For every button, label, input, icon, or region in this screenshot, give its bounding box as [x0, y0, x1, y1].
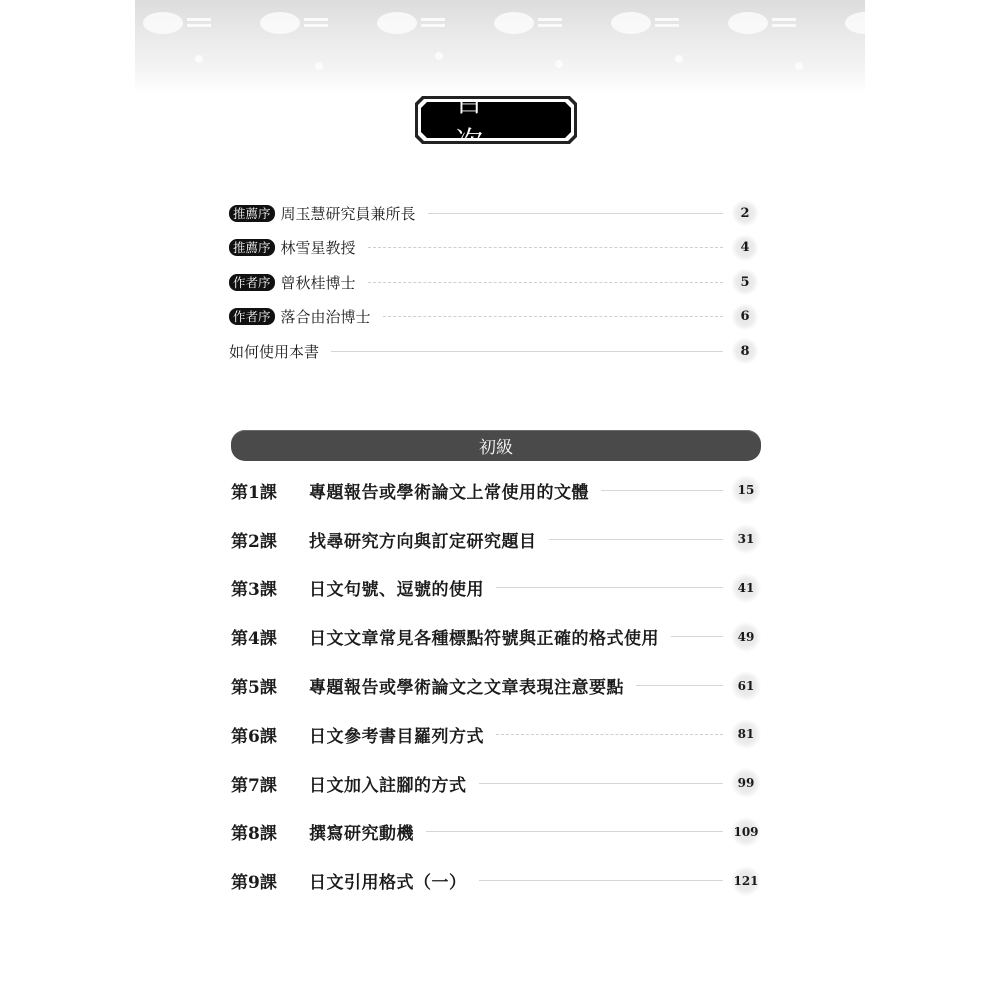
- front-matter-list: 推薦序 周玉慧研究員兼所長 2 推薦序 林雪星教授 4 作者序 曾秋桂博士 5 …: [229, 196, 759, 369]
- entry-label: 如何使用本書: [229, 341, 319, 362]
- entry-label: 林雪星教授: [281, 237, 356, 258]
- leader-line: [671, 636, 723, 637]
- page-number: 61: [731, 671, 761, 701]
- lesson-entry[interactable]: 第1課 專題報告或學術論文上常使用的文體 15: [231, 466, 761, 515]
- lesson-number: 第4課: [231, 624, 309, 649]
- leader-line: [601, 490, 723, 491]
- entry-tag-badge: 推薦序: [229, 205, 275, 222]
- toc-entry[interactable]: 推薦序 周玉慧研究員兼所長 2: [229, 196, 759, 231]
- decorative-speck: [435, 52, 443, 60]
- lesson-entry[interactable]: 第9課 日文引用格式（一） 121: [231, 856, 761, 905]
- leader-line: [549, 539, 724, 540]
- leader-line: [479, 880, 724, 881]
- lesson-list: 第1課 專題報告或學術論文上常使用的文體 15 第2課 找尋研究方向與訂定研究題…: [231, 466, 761, 905]
- leader-line: [428, 213, 723, 214]
- decorative-speck: [195, 55, 203, 63]
- lesson-number: 第1課: [231, 478, 309, 503]
- page-number: 99: [731, 768, 761, 798]
- page-number: 121: [731, 866, 761, 896]
- lesson-title: 日文參考書目羅列方式: [309, 722, 484, 747]
- lesson-title: 專題報告或學術論文上常使用的文體: [309, 478, 589, 503]
- lesson-title: 日文文章常見各種標點符號與正確的格式使用: [309, 624, 659, 649]
- lesson-entry[interactable]: 第5課 專題報告或學術論文之文章表現注意要點 61: [231, 661, 761, 710]
- page-number: 5: [731, 269, 759, 295]
- leader-line: [426, 831, 723, 832]
- decorative-motif-icon: [611, 12, 651, 34]
- lesson-title: 日文句號、逗號的使用: [309, 575, 484, 600]
- decorative-motif-icon: [728, 12, 768, 34]
- toc-page: 目次 推薦序 周玉慧研究員兼所長 2 推薦序 林雪星教授 4 作者序 曾秋桂博士…: [135, 0, 865, 1000]
- page-number: 15: [731, 475, 761, 505]
- leader-line: [331, 351, 723, 352]
- lesson-entry[interactable]: 第4課 日文文章常見各種標點符號與正確的格式使用 49: [231, 612, 761, 661]
- lesson-title: 專題報告或學術論文之文章表現注意要點: [309, 673, 624, 698]
- lesson-number: 第5課: [231, 673, 309, 698]
- decorative-motif-icon: [143, 12, 183, 34]
- decorative-speck: [555, 60, 563, 68]
- lesson-entry[interactable]: 第2課 找尋研究方向與訂定研究題目 31: [231, 515, 761, 564]
- lesson-number: 第3課: [231, 575, 309, 600]
- leader-line: [368, 282, 723, 283]
- lesson-number: 第8課: [231, 819, 309, 844]
- page-number: 81: [731, 719, 761, 749]
- lesson-title: 找尋研究方向與訂定研究題目: [309, 527, 537, 552]
- section-header-bar: 初級: [231, 430, 761, 461]
- toc-entry[interactable]: 推薦序 林雪星教授 4: [229, 231, 759, 266]
- lesson-number: 第7課: [231, 771, 309, 796]
- lesson-title: 日文引用格式（一）: [309, 868, 467, 893]
- decorative-speck: [795, 62, 803, 70]
- decorative-speck: [315, 62, 323, 70]
- leader-line: [636, 685, 723, 686]
- page-title-box: 目次: [415, 96, 577, 144]
- entry-tag-badge: 作者序: [229, 274, 275, 291]
- decorative-motif-icon: [260, 12, 300, 34]
- page-number: 6: [731, 304, 759, 330]
- leader-line: [383, 316, 723, 317]
- leader-line: [496, 734, 723, 735]
- lesson-title: 日文加入註腳的方式: [309, 771, 467, 796]
- page-number: 2: [731, 200, 759, 226]
- decorative-speck: [675, 55, 683, 63]
- toc-entry[interactable]: 作者序 曾秋桂博士 5: [229, 265, 759, 300]
- leader-line: [496, 587, 723, 588]
- page-number: 8: [731, 338, 759, 364]
- toc-entry[interactable]: 作者序 落合由治博士 6: [229, 300, 759, 335]
- entry-label: 落合由治博士: [281, 306, 371, 327]
- decorative-header-band: [135, 0, 865, 95]
- entry-tag-badge: 作者序: [229, 308, 275, 325]
- decorative-motif-icon: [377, 12, 417, 34]
- lesson-number: 第9課: [231, 868, 309, 893]
- section-title: 初級: [479, 433, 513, 458]
- lesson-entry[interactable]: 第7課 日文加入註腳的方式 99: [231, 759, 761, 808]
- entry-tag-badge: 推薦序: [229, 239, 275, 256]
- decorative-motif-icon: [845, 12, 865, 34]
- page-number: 41: [731, 573, 761, 603]
- page-number: 109: [731, 817, 761, 847]
- lesson-entry[interactable]: 第3課 日文句號、逗號的使用 41: [231, 564, 761, 613]
- page-number: 49: [731, 622, 761, 652]
- entry-label: 曾秋桂博士: [281, 272, 356, 293]
- page-title: 目次: [421, 102, 571, 138]
- page-number: 4: [731, 235, 759, 261]
- lesson-entry[interactable]: 第6課 日文參考書目羅列方式 81: [231, 710, 761, 759]
- leader-line: [368, 247, 723, 248]
- decorative-motif-icon: [494, 12, 534, 34]
- page-number: 31: [731, 524, 761, 554]
- lesson-entry[interactable]: 第8課 撰寫研究動機 109: [231, 808, 761, 857]
- entry-label: 周玉慧研究員兼所長: [281, 203, 416, 224]
- toc-entry[interactable]: 如何使用本書 8: [229, 334, 759, 369]
- leader-line: [479, 783, 724, 784]
- lesson-number: 第6課: [231, 722, 309, 747]
- lesson-title: 撰寫研究動機: [309, 819, 414, 844]
- lesson-number: 第2課: [231, 527, 309, 552]
